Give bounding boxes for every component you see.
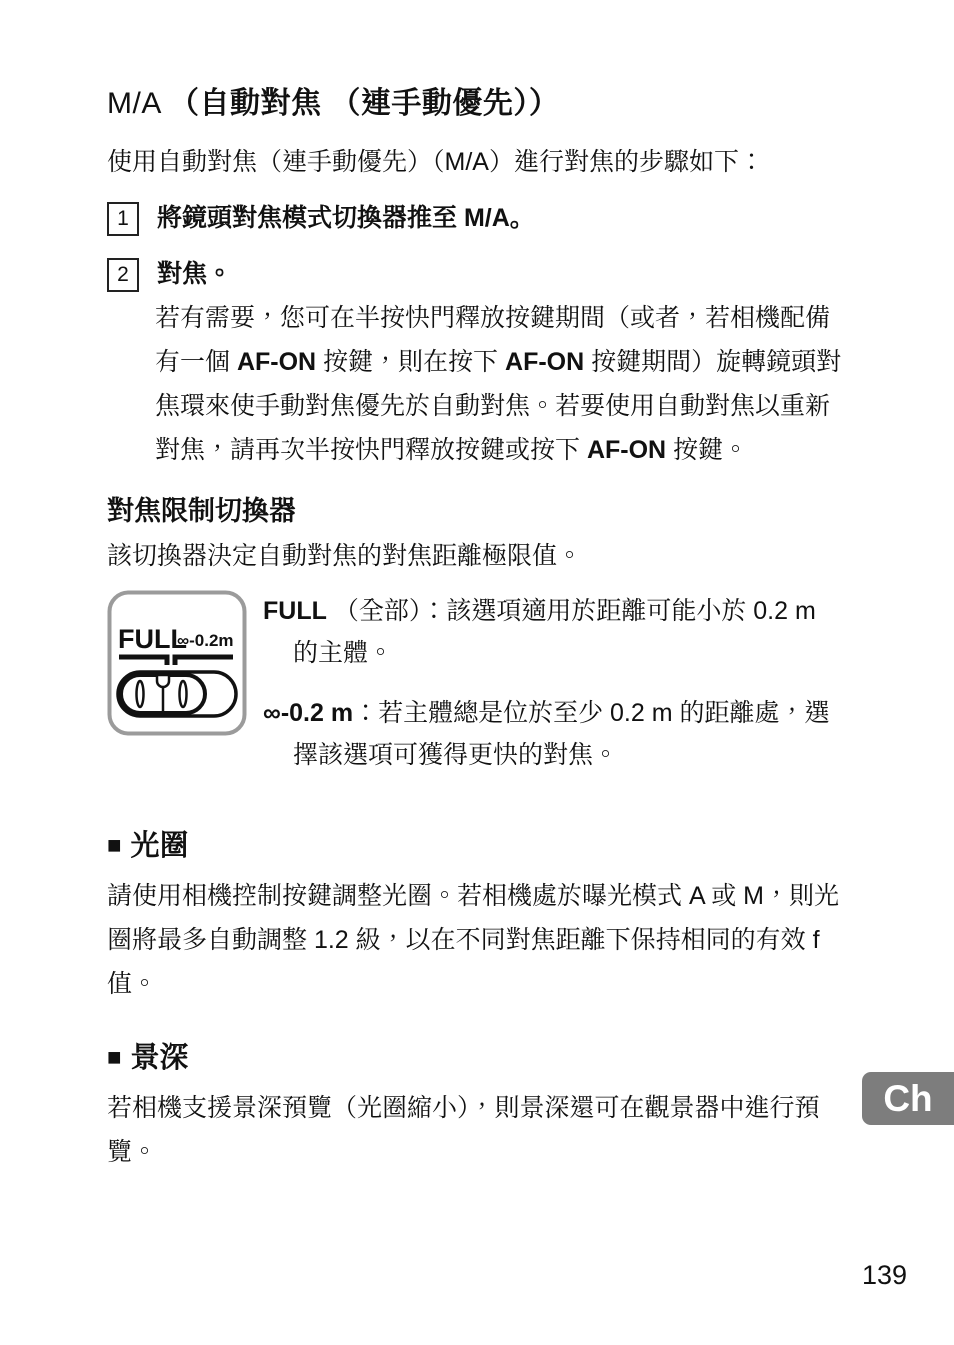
page-title: M/A （自動對焦 （連手動優先）） [107,84,847,124]
focus-limiter-switch-icon: FULL ∞-0.2m [107,590,247,737]
step-label: 將鏡頭對焦模式切換器推至 M/A。 [157,196,535,240]
option-infinity-0-2m: ∞-0.2 m：若主體總是位於至少 0.2 m 的距離處，選擇該選項可獲得更快的… [263,692,847,776]
switch-body [118,672,236,716]
step-1: 1 將鏡頭對焦模式切換器推至 M/A。 [107,196,847,240]
aperture-section-heading: ■ 光圈 [107,828,847,864]
option-full: FULL （全部）：該選項適用於距離可能小於 0.2 m 的主體。 [263,590,847,674]
chapter-tab: Ch [862,1072,954,1125]
aperture-section-body: 請使用相機控制按鍵調整光圈。若相機處於曝光模式 A 或 M，則光圈將最多自動調整… [107,874,847,1006]
focus-limiter-options: FULL （全部）：該選項適用於距離可能小於 0.2 m 的主體。 ∞-0.2 … [263,590,847,794]
dof-section-heading: ■ 景深 [107,1040,847,1076]
switch-label-range: ∞-0.2m [177,631,234,650]
focus-limiter-row: FULL ∞-0.2m FULL （全部）：該選項適用於距離可能小於 0. [107,590,847,794]
focus-limiter-heading: 對焦限制切換器 [107,494,847,528]
focus-limiter-figure: FULL ∞-0.2m [107,590,247,742]
page-content: M/A （自動對焦 （連手動優先）） 使用自動對焦（連手動優先）（M/A）進行對… [107,84,847,1174]
step-number-box: 2 [107,258,139,292]
focus-limiter-intro: 該切換器決定自動對焦的對焦距離極限值。 [107,534,847,578]
intro-text: 使用自動對焦（連手動優先）（M/A）進行對焦的步驟如下： [107,140,847,184]
section-title: 光圈 [131,828,189,864]
section-title: 景深 [131,1040,189,1076]
dof-section-body: 若相機支援景深預覽（光圈縮小），則景深還可在觀景器中進行預覽。 [107,1086,847,1174]
square-bullet-icon: ■ [107,828,122,864]
step-2: 2 對焦。 [107,252,847,296]
page-number: 139 [862,1258,907,1292]
square-bullet-icon: ■ [107,1040,122,1076]
step-label: 對焦。 [157,252,232,296]
step-number-box: 1 [107,202,139,236]
manual-page: M/A （自動對焦 （連手動優先）） 使用自動對焦（連手動優先）（M/A）進行對… [0,0,954,1345]
step-2-body: 若有需要，您可在半按快門釋放按鍵期間（或者，若相機配備有一個 AF-ON 按鍵，… [155,296,845,472]
